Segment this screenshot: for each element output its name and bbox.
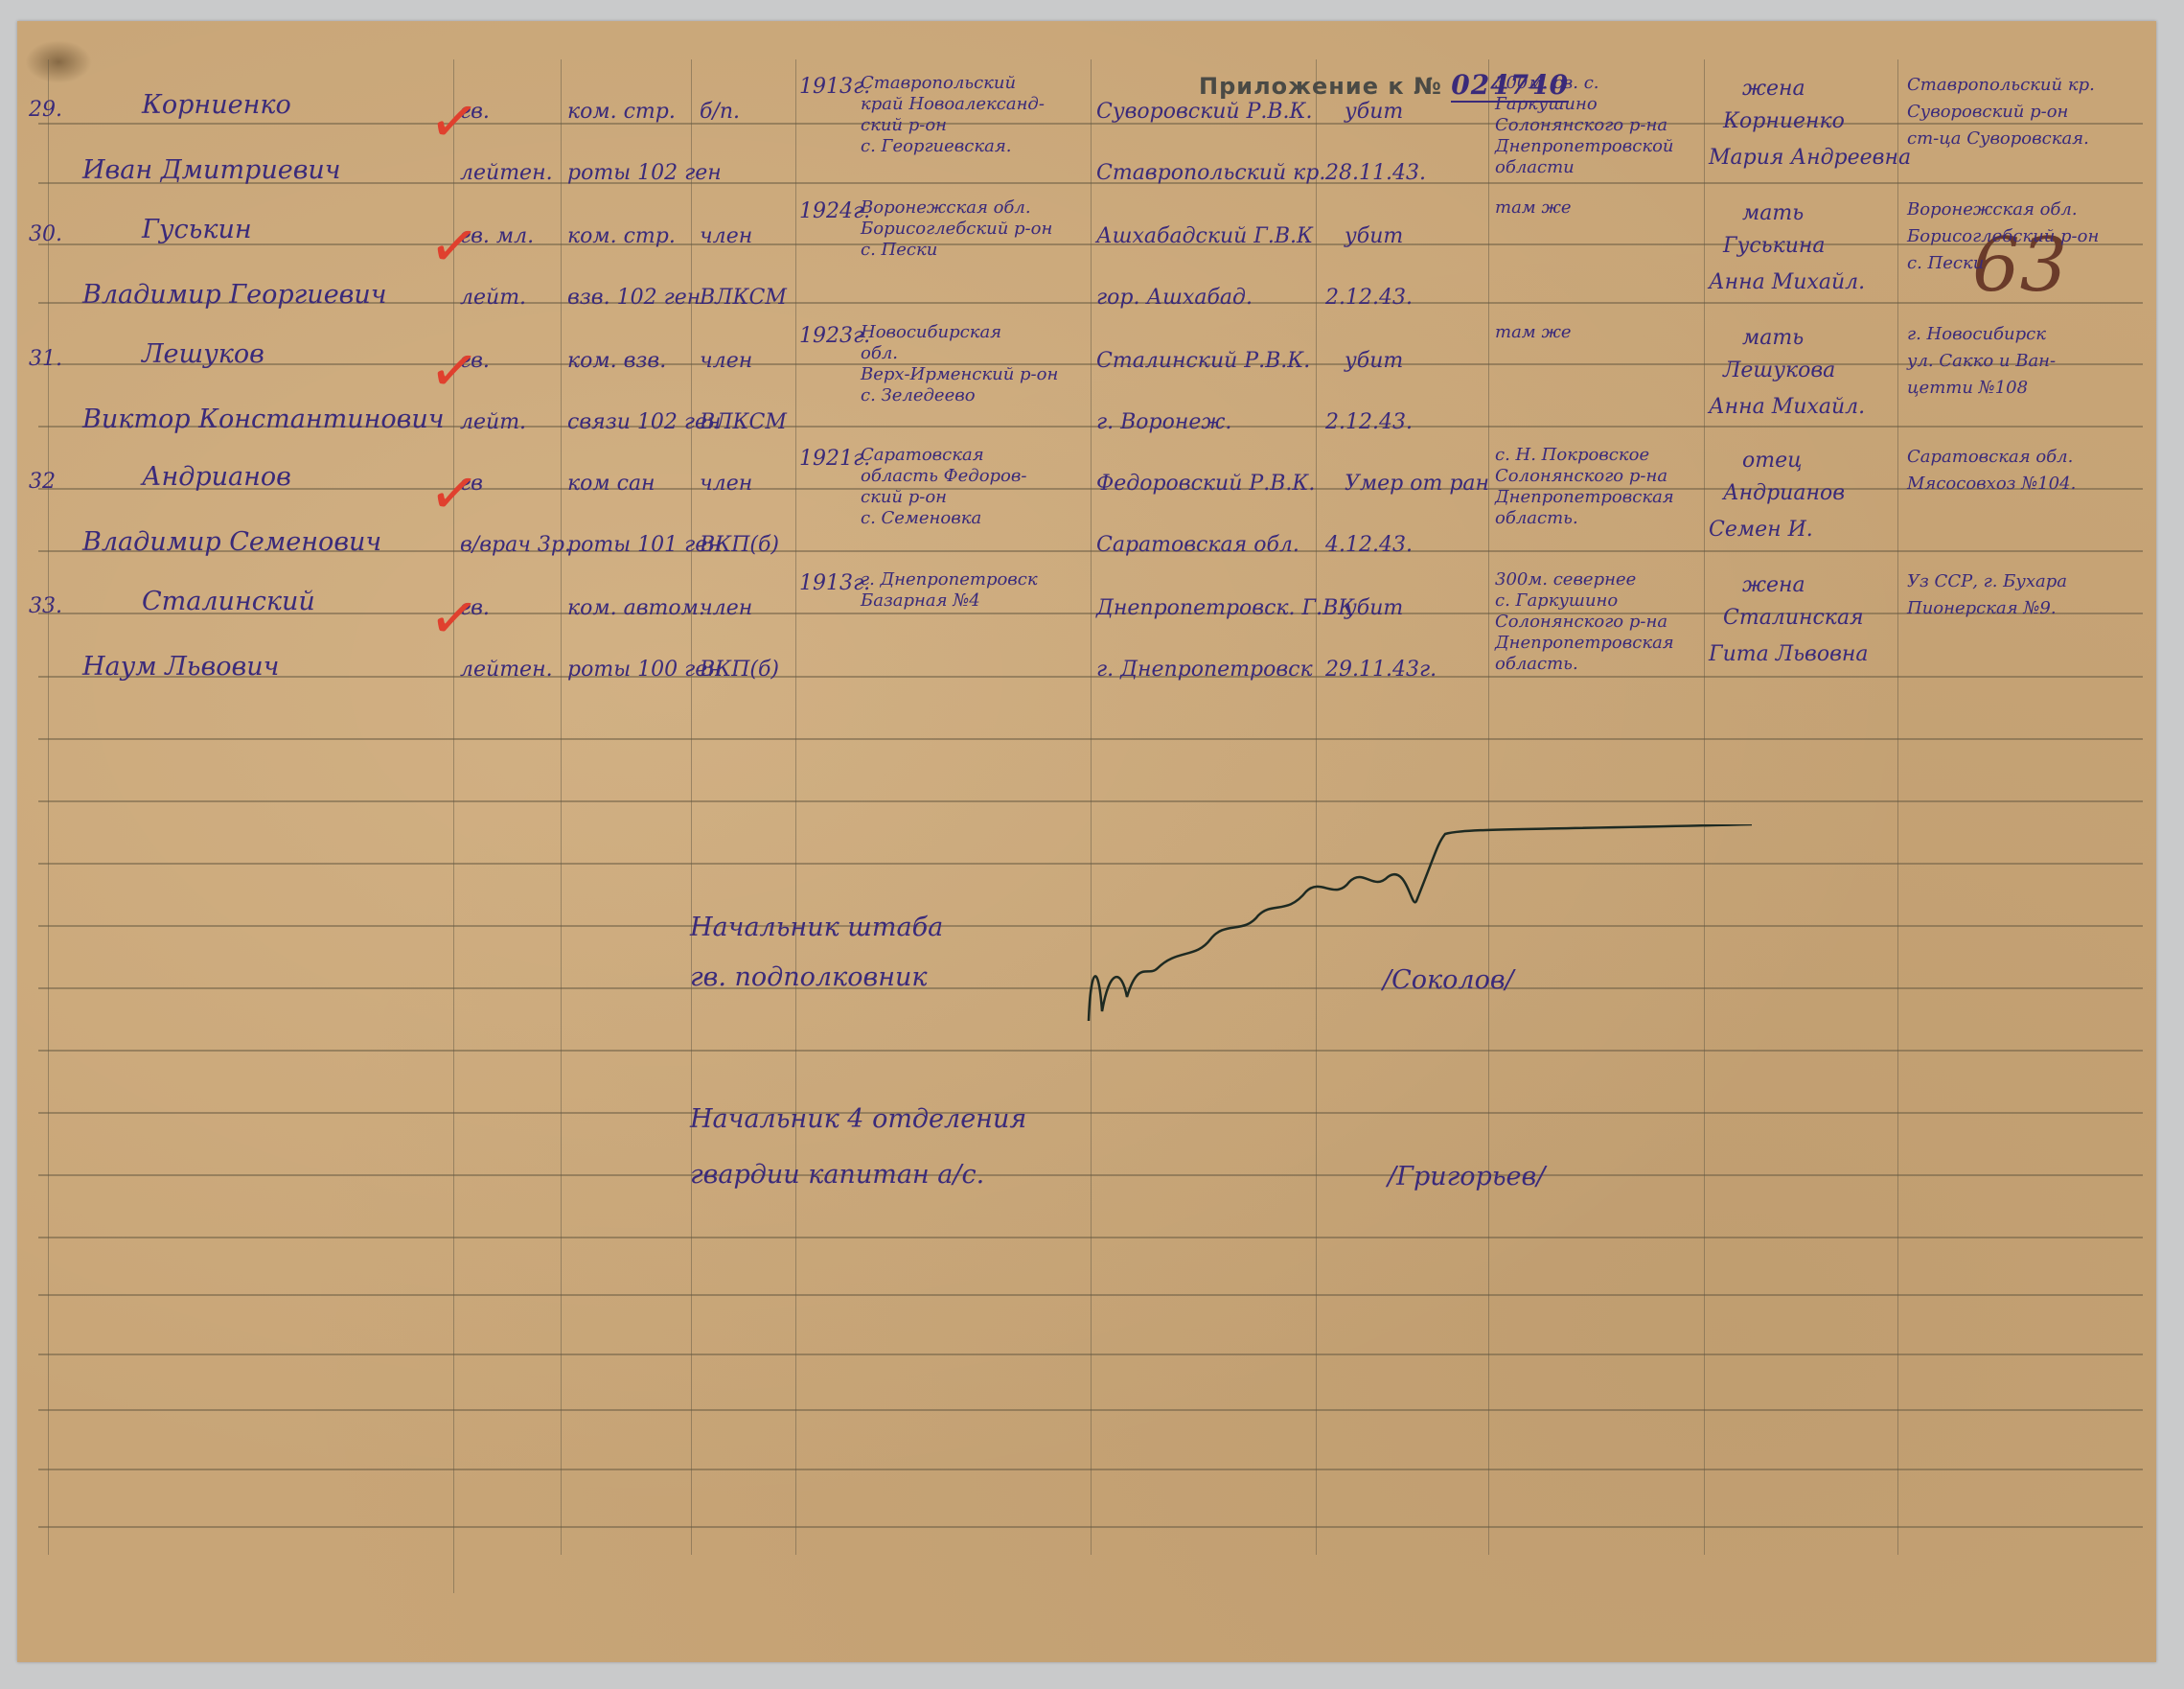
birthplace-line: Базарная №4	[861, 592, 980, 610]
relative-relation: жена	[1742, 573, 1805, 597]
birthplace-line: Новосибирская	[861, 324, 1001, 341]
column-line	[1704, 59, 1705, 1555]
rank-title: лейт.	[460, 410, 526, 434]
burial-line: Днепропетровская	[1495, 489, 1674, 506]
address-line: Борисоглебский р-он	[1907, 228, 2099, 245]
burial-line: там же	[1495, 199, 1572, 217]
birthplace-line: край Новоалександ-	[861, 96, 1045, 113]
name-patronymic: Владимир Георгиевич	[82, 280, 387, 310]
date: 29.11.43г.	[1325, 658, 1437, 682]
rank-title: лейтен.	[460, 161, 553, 185]
burial-line: Солонянского р-на	[1495, 613, 1667, 631]
stain	[25, 40, 92, 83]
conscription-office: Ашхабадский Г.В.К	[1096, 224, 1313, 248]
burial-line: с. Н. Покровское	[1495, 447, 1649, 464]
birthplace-line: с. Зеледеево	[861, 387, 976, 405]
column-line	[1488, 59, 1489, 1555]
surname: Андрианов	[142, 462, 291, 492]
surname: Лешуков	[142, 339, 264, 369]
fate: Умер от ран	[1345, 472, 1489, 496]
burial-line: Гаркушино	[1495, 96, 1598, 113]
burial-line: область.	[1495, 510, 1578, 527]
address-line: Саратовская обл.	[1907, 449, 2073, 466]
red-check-mark-icon: ✓	[425, 208, 484, 285]
party-status: член	[700, 596, 752, 620]
party-org: ВКП(б)	[700, 533, 779, 557]
party-status: член	[700, 224, 752, 248]
date: 28.11.43.	[1325, 161, 1426, 185]
address-line: Суворовский р-он	[1907, 104, 2068, 121]
fate: убит	[1345, 349, 1403, 373]
position: ком. стр.	[567, 224, 676, 248]
rank-title: лейтен.	[460, 658, 553, 682]
date: 2.12.43.	[1325, 286, 1413, 310]
relative-surname: Корниенко	[1723, 109, 1845, 133]
column-line	[1091, 59, 1092, 1555]
relative-relation: жена	[1742, 77, 1805, 101]
dept-chief-rank: гвардии капитан а/с.	[690, 1160, 984, 1190]
address-line: с. Пески	[1907, 255, 1984, 272]
address-line: г. Новосибирск	[1907, 326, 2046, 343]
relative-name: Анна Михайл.	[1709, 395, 1865, 419]
unit: взв. 102 ген	[567, 286, 701, 310]
birthplace-line: область Федоров-	[861, 468, 1026, 485]
birthplace-line: Саратовская	[861, 447, 984, 464]
address-line: Ставропольский кр.	[1907, 77, 2095, 94]
address-line: Уз ССР, г. Бухара	[1907, 573, 2067, 590]
conscription-office: Днепропетровск. Г.ВК	[1096, 596, 1354, 620]
party-status: член	[700, 472, 752, 496]
birth-year: 1913г.	[799, 571, 870, 595]
dept-chief-name: /Григорьев/	[1388, 1162, 1545, 1192]
relative-relation: отец	[1742, 449, 1802, 473]
unit: роты 102 ген	[567, 161, 722, 185]
address-line: ст-ца Суворовская.	[1907, 130, 2089, 148]
row-number: 32	[29, 470, 56, 494]
stamp-label: Приложение к №	[1199, 73, 1442, 100]
position: ком. взв.	[567, 349, 666, 373]
birthplace-line: с. Семеновка	[861, 510, 981, 527]
birthplace-line: Верх-Ирменский р-он	[861, 366, 1058, 383]
birth-year: 1924г.	[799, 199, 870, 223]
position: ком. автом.	[567, 596, 705, 620]
chief-of-staff-rank: гв. подполковник	[690, 962, 928, 992]
conscription-office: Федоровский Р.В.К.	[1096, 472, 1315, 496]
birthplace-line: с. Пески	[861, 242, 937, 259]
birthplace-line: ский р-он	[861, 117, 947, 134]
burial-line: Солонянского р-на	[1495, 117, 1667, 134]
surname: Корниенко	[142, 90, 291, 120]
party-org: ВКП(б)	[700, 658, 779, 682]
dept-chief-title: Начальник 4 отделения	[690, 1104, 1026, 1134]
conscription-region: г. Днепропетровск	[1096, 658, 1313, 682]
burial-line: там же	[1495, 324, 1572, 341]
relative-surname: Гуськина	[1723, 234, 1826, 258]
conscription-office: Сталинский Р.В.К.	[1096, 349, 1310, 373]
address-line: цетти №108	[1907, 380, 2028, 397]
birthplace-line: обл.	[861, 345, 898, 362]
birth-year: 1921г.	[799, 447, 870, 471]
handwritten-signature	[1081, 824, 1771, 1045]
name-patronymic: Виктор Константинович	[82, 405, 445, 434]
column-line	[453, 59, 454, 1593]
birth-year: 1913г.	[799, 75, 870, 99]
position: ком сан	[567, 472, 655, 496]
birthplace-line: ский р-он	[861, 489, 947, 506]
unit: связи 102 ген	[567, 410, 721, 434]
unit: роты 101 ген	[567, 533, 722, 557]
surname: Гуськин	[142, 215, 252, 244]
unit: роты 100 ген	[567, 658, 722, 682]
birthplace-line: Борисоглебский р-он	[861, 220, 1052, 238]
birth-year: 1923г.	[799, 324, 870, 348]
conscription-region: гор. Ашхабад.	[1096, 286, 1253, 310]
archival-sheet: Приложение к № 024740 63 29.КорниенкоИва…	[17, 21, 2156, 1662]
conscription-region: г. Воронеж.	[1096, 410, 1231, 434]
relative-relation: мать	[1742, 201, 1804, 225]
address-line: Пионерская №9.	[1907, 600, 2057, 617]
column-line	[561, 59, 562, 1555]
birthplace-line: г. Днепропетровск	[861, 571, 1038, 589]
red-check-mark-icon: ✓	[425, 83, 484, 160]
address-line: ул. Сакко и Ван-	[1907, 353, 2056, 370]
address-line: Мясосовхоз №104.	[1907, 475, 2076, 493]
name-patronymic: Иван Дмитриевич	[82, 155, 341, 185]
column-line	[795, 59, 796, 1555]
red-check-mark-icon: ✓	[425, 580, 484, 657]
fate: убит	[1345, 224, 1403, 248]
column-line	[1316, 59, 1317, 1555]
party-status: б/п.	[700, 100, 740, 124]
row-number: 30.	[29, 222, 62, 246]
row-number: 29.	[29, 98, 62, 122]
burial-line: Днепропетровская	[1495, 635, 1674, 652]
fate: убит	[1345, 596, 1403, 620]
party-org: ВЛКСМ	[700, 286, 787, 310]
name-patronymic: Владимир Семенович	[82, 527, 381, 557]
burial-line: с. Гаркушино	[1495, 592, 1618, 610]
conscription-region: Ставропольский кр.	[1096, 161, 1325, 185]
burial-line: область.	[1495, 656, 1578, 673]
column-line	[691, 59, 692, 1555]
birthplace-line: Ставропольский	[861, 75, 1016, 92]
relative-surname: Сталинская	[1723, 606, 1864, 630]
row-number: 31.	[29, 347, 62, 371]
rank-title: лейт.	[460, 286, 526, 310]
relative-name: Анна Михайл.	[1709, 270, 1865, 294]
relative-surname: Лешукова	[1723, 359, 1835, 382]
conscription-office: Суворовский Р.В.К.	[1096, 100, 1313, 124]
relative-relation: мать	[1742, 326, 1804, 350]
burial-line: области	[1495, 159, 1575, 176]
red-check-mark-icon: ✓	[425, 455, 484, 532]
date: 2.12.43.	[1325, 410, 1413, 434]
conscription-region: Саратовская обл.	[1096, 533, 1299, 557]
burial-line: 300м. севернее	[1495, 571, 1636, 589]
surname: Сталинский	[142, 587, 315, 616]
relative-name: Гита Львовна	[1709, 642, 1869, 666]
row-number: 33.	[29, 594, 62, 618]
burial-line: Солонянского р-на	[1495, 468, 1667, 485]
position: ком. стр.	[567, 100, 676, 124]
column-line	[48, 59, 49, 1555]
burial-line: 300м. св. с.	[1495, 75, 1599, 92]
chief-of-staff-title: Начальник штаба	[690, 913, 943, 942]
relative-name: Семен И.	[1709, 518, 1813, 542]
party-org: ВЛКСМ	[700, 410, 787, 434]
birthplace-line: с. Георгиевская.	[861, 138, 1011, 155]
red-check-mark-icon: ✓	[425, 333, 484, 409]
fate: убит	[1345, 100, 1403, 124]
column-line	[1897, 59, 1898, 1555]
burial-line: Днепропетровской	[1495, 138, 1674, 155]
birthplace-line: Воронежская обл.	[861, 199, 1031, 217]
address-line: Воронежская обл.	[1907, 201, 2078, 219]
date: 4.12.43.	[1325, 533, 1413, 557]
rank-title: в/врач 3р.	[460, 533, 571, 557]
relative-name: Мария Андреевна	[1709, 146, 1911, 170]
relative-surname: Андрианов	[1723, 481, 1845, 505]
party-status: член	[700, 349, 752, 373]
name-patronymic: Наум Львович	[82, 652, 279, 682]
